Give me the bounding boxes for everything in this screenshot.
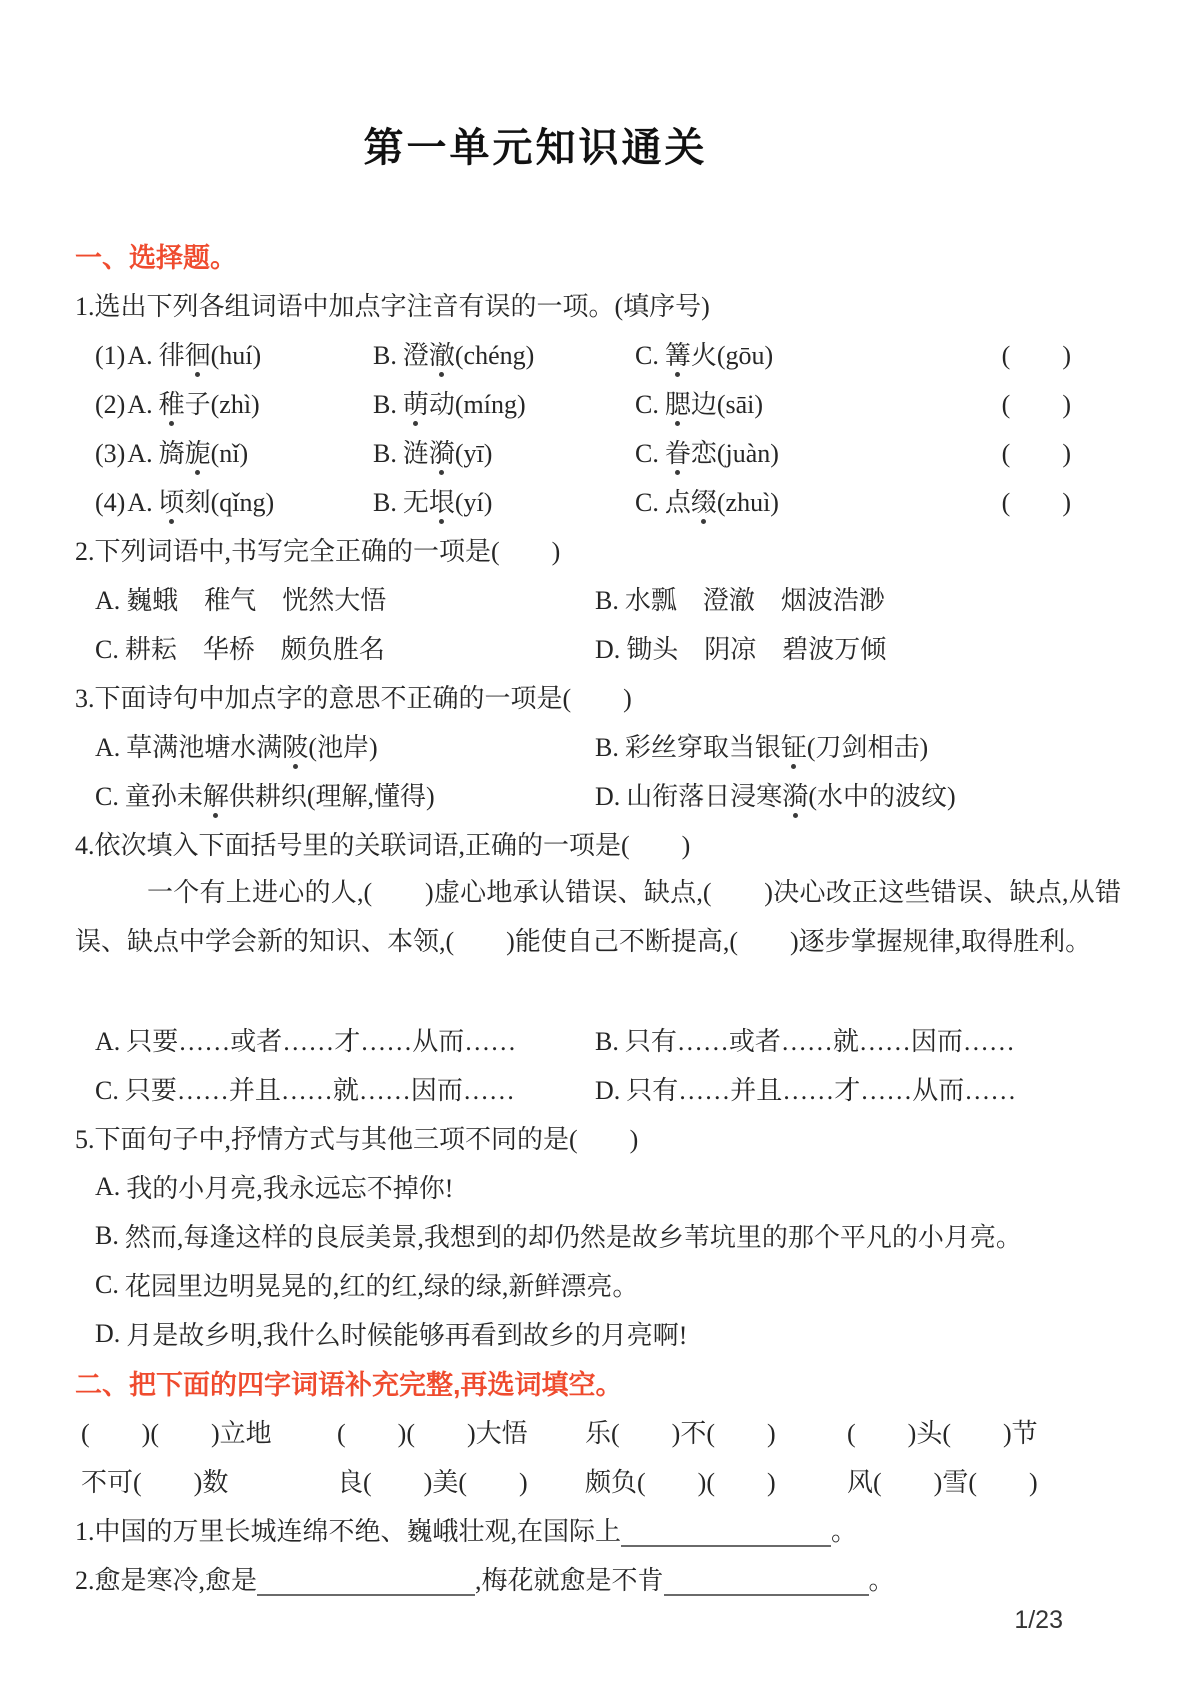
answer-bracket: ( )	[1002, 335, 1071, 372]
option-text: 火(gōu)	[691, 341, 773, 370]
q1-option-row: (1)A.徘徊(huí)B.澄澈(chéng)C.篝火(gōu)( )	[75, 329, 1121, 378]
fill-sentences: 1.中国的万里长城连绵不绝、巍峨壮观,在国际上。2.愈是寒冷,愈是,梅花就愈是不…	[75, 1505, 1121, 1603]
option-letter: C.	[635, 488, 659, 517]
option-text: 耕耘 华桥 颇负胜名	[125, 635, 385, 664]
option-text: (水中的波纹)	[808, 782, 955, 811]
fill-sentence: 2.愈是寒冷,愈是,梅花就愈是不肯。	[75, 1554, 1121, 1603]
q4-stem: 4.依次填入下面括号里的关联词语,正确的一项是( )	[75, 819, 1121, 868]
option-letter: A.	[95, 1172, 120, 1202]
q1-cell-a: (2)A.稚子(zhì)	[95, 384, 373, 421]
option-row: C.耕耘 华桥 颇负胜名D.锄头 阴凉 碧波万倾	[75, 623, 1121, 672]
option-row: C.只要……并且……就……因而……D.只有……并且……才……从而……	[75, 1064, 1121, 1113]
option-letter: A.	[127, 390, 152, 419]
option-cell: D.山衔落日浸寒漪(水中的波纹)	[595, 776, 1121, 813]
option-text: 彩丝穿取当银	[625, 733, 781, 762]
option-cell: B.水瓢 澄澈 烟波浩渺	[595, 580, 1121, 617]
option-cell: C.耕耘 华桥 颇负胜名	[95, 629, 595, 666]
option-text: (yí)	[455, 488, 493, 517]
q1-cell-b: B.涟漪(yī)	[373, 433, 635, 470]
option-letter: B.	[595, 733, 619, 762]
option-letter: B.	[373, 488, 397, 517]
option-text: 草满池塘水满	[126, 733, 282, 762]
option-row: C.花园里边明晃晃的,红的红,绿的绿,新鲜漂亮。	[75, 1260, 1121, 1309]
idiom-item: ( )头( )节	[847, 1413, 1121, 1450]
q1-stem: 1.选出下列各组词语中加点字注音有误的一项。(填序号)	[75, 280, 1121, 329]
q5-option-rows: A.我的小月亮,我永远忘不掉你!B.然而,每逢这样的良辰美景,我想到的却仍然是故…	[75, 1162, 1121, 1358]
dotted-char: 澈	[429, 341, 455, 370]
dotted-char: 稚	[159, 390, 185, 419]
q1-option-row: (3)A.旖旎(nǐ)B.涟漪(yī)C.眷恋(juàn)( )	[75, 427, 1121, 476]
page-number: 1/23	[1014, 1606, 1063, 1635]
group-number-label: (2)	[95, 390, 125, 419]
worksheet-content: 一、选择题。 1.选出下列各组词语中加点字注音有误的一项。(填序号) (1)A.…	[0, 231, 1191, 1603]
option-text: 旖	[159, 439, 185, 468]
option-row: A.草满池塘水满陂(池岸)B.彩丝穿取当银钲(刀剑相击)	[75, 721, 1121, 770]
option-text: 子(zhì)	[185, 390, 260, 419]
option-cell: B.只有……或者……就……因而……	[595, 1021, 1121, 1058]
answer-bracket: ( )	[1002, 433, 1071, 470]
option-letter: D.	[595, 782, 620, 811]
option-cell: C.只要……并且……就……因而……	[95, 1070, 595, 1107]
fill-sentence: 1.中国的万里长城连绵不绝、巍峨壮观,在国际上。	[75, 1505, 1121, 1554]
option-text: 然而,每逢这样的良辰美景,我想到的却仍然是故乡苇坑里的那个平凡的小月亮。	[125, 1217, 1022, 1254]
q3-option-rows: A.草满池塘水满陂(池岸)B.彩丝穿取当银钲(刀剑相击)C.童孙未解供耕织(理解…	[75, 721, 1121, 819]
option-letter: C.	[95, 782, 119, 811]
option-cell: B.彩丝穿取当银钲(刀剑相击)	[595, 727, 1121, 764]
sentence-text: 。	[831, 1511, 857, 1548]
q4-body-paragraph: 一个有上进心的人,( )虚心地承认错误、缺点,( )决心改正这些错误、缺点,从错…	[75, 868, 1121, 1015]
dotted-char: 旎	[185, 439, 211, 468]
option-letter: C.	[95, 635, 119, 664]
option-row: A.只要……或者……才……从而……B.只有……或者……就……因而……	[75, 1015, 1121, 1064]
option-text: 巍蛾 稚气 恍然大悟	[126, 586, 386, 615]
option-text: 涟	[403, 439, 429, 468]
q4-option-rows: A.只要……或者……才……从而……B.只有……或者……就……因而……C.只要………	[75, 1015, 1121, 1113]
dotted-char: 缀	[691, 488, 717, 517]
group-number-label: (1)	[95, 341, 125, 370]
option-text: 锄头 阴凉 碧波万倾	[626, 635, 886, 664]
q1-cell-b: B.澄澈(chéng)	[373, 335, 635, 372]
option-letter: A.	[127, 488, 152, 517]
section-two-heading: 二、把下面的四字词语补充完整,再选词填空。	[75, 1358, 1121, 1407]
sentence-text: ,梅花就愈是不肯	[475, 1560, 664, 1597]
dotted-char: 萌	[403, 390, 429, 419]
idiom-item: 良( )美( )	[337, 1462, 585, 1499]
option-letter: B.	[373, 390, 397, 419]
option-text: 水瓢 澄澈 烟波浩渺	[625, 586, 885, 615]
sentence-text: 。	[869, 1560, 895, 1597]
dotted-char: 徊	[185, 341, 211, 370]
option-row: A.我的小月亮,我永远忘不掉你!	[75, 1162, 1121, 1211]
option-cell: A.只要……或者……才……从而……	[95, 1021, 595, 1058]
q1-cell-c: C.腮边(sāi)	[635, 384, 1002, 421]
option-text: 山衔落日浸寒	[626, 782, 782, 811]
q3-stem: 3.下面诗句中加点字的意思不正确的一项是( )	[75, 672, 1121, 721]
sentence-text: 2.愈是寒冷,愈是	[75, 1560, 257, 1597]
q1-cell-a: (1)A.徘徊(huí)	[95, 335, 373, 372]
option-row: A.巍蛾 稚气 恍然大悟B.水瓢 澄澈 烟波浩渺	[75, 574, 1121, 623]
dotted-char: 钲	[781, 733, 807, 762]
option-cell: A.草满池塘水满陂(池岸)	[95, 727, 595, 764]
option-letter: B.	[595, 1027, 619, 1056]
option-text: 只要……或者……才……从而……	[126, 1027, 516, 1056]
q2-stem: 2.下列词语中,书写完全正确的一项是( )	[75, 525, 1121, 574]
group-number-label: (3)	[95, 439, 125, 468]
option-letter: A.	[95, 586, 120, 615]
option-text: 恋(juàn)	[691, 439, 779, 468]
dotted-char: 腮	[665, 390, 691, 419]
worksheet-page: 第一单元知识通关 一、选择题。 1.选出下列各组词语中加点字注音有误的一项。(填…	[0, 0, 1191, 1684]
option-letter: A.	[95, 1027, 120, 1056]
idiom-item: 乐( )不( )	[585, 1413, 847, 1450]
q1-cell-c: C.眷恋(juàn)	[635, 433, 1002, 470]
q5-stem: 5.下面句子中,抒情方式与其他三项不同的是( )	[75, 1113, 1121, 1162]
page-title: 第一单元知识通关	[0, 0, 1191, 173]
option-letter: D.	[595, 635, 620, 664]
option-letter: B.	[373, 341, 397, 370]
option-cell: A.巍蛾 稚气 恍然大悟	[95, 580, 595, 617]
option-text: (刀剑相击)	[807, 733, 928, 762]
q1-cell-a: (3)A.旖旎(nǐ)	[95, 433, 373, 470]
option-text: 澄	[403, 341, 429, 370]
option-letter: C.	[635, 341, 659, 370]
dotted-char: 陂	[282, 733, 308, 762]
option-letter: A.	[127, 341, 152, 370]
idiom-item: 风( )雪( )	[847, 1462, 1121, 1499]
option-text: 月是故乡明,我什么时候能够再看到故乡的月亮啊!	[126, 1315, 687, 1352]
q1-cell-c: C.篝火(gōu)	[635, 335, 1002, 372]
sentence-text: 1.中国的万里长城连绵不绝、巍峨壮观,在国际上	[75, 1511, 621, 1548]
option-cell: D.锄头 阴凉 碧波万倾	[595, 629, 1121, 666]
option-text: 花园里边明晃晃的,红的红,绿的绿,新鲜漂亮。	[125, 1266, 639, 1303]
option-row: C.童孙未解供耕织(理解,懂得)D.山衔落日浸寒漪(水中的波纹)	[75, 770, 1121, 819]
dotted-char: 眷	[665, 439, 691, 468]
option-text: (chéng)	[455, 341, 534, 370]
dotted-char: 垠	[429, 488, 455, 517]
q1-option-rows: (1)A.徘徊(huí)B.澄澈(chéng)C.篝火(gōu)( )(2)A.…	[75, 329, 1121, 525]
option-letter: D.	[95, 1319, 120, 1349]
option-text: 动(míng)	[429, 390, 526, 419]
idiom-item: ( )( )大悟	[337, 1413, 585, 1450]
option-text: 边(sāi)	[691, 390, 763, 419]
option-text: (yī)	[455, 439, 493, 468]
q1-cell-a: (4)A.顷刻(qǐng)	[95, 482, 373, 519]
dotted-char: 漪	[782, 782, 808, 811]
idiom-item: 不可( )数	[81, 1462, 337, 1499]
option-text: (zhuì)	[717, 488, 779, 517]
q1-option-row: (4)A.顷刻(qǐng)B.无垠(yí)C.点缀(zhuì)( )	[75, 476, 1121, 525]
option-letter: C.	[635, 390, 659, 419]
option-row: B.然而,每逢这样的良辰美景,我想到的却仍然是故乡苇坑里的那个平凡的小月亮。	[75, 1211, 1121, 1260]
answer-bracket: ( )	[1002, 482, 1071, 519]
option-text: 无	[403, 488, 429, 517]
option-text: 点	[665, 488, 691, 517]
idiom-item: ( )( )立地	[81, 1413, 337, 1450]
dotted-char: 顷	[159, 488, 185, 517]
option-text: 供耕织(理解,懂得)	[229, 782, 435, 811]
option-letter: A.	[95, 733, 120, 762]
option-cell: C.童孙未解供耕织(理解,懂得)	[95, 776, 595, 813]
option-text: 只有……并且……才……从而……	[626, 1076, 1016, 1105]
dotted-char: 篝	[665, 341, 691, 370]
option-letter: B.	[95, 1221, 119, 1251]
option-text: 我的小月亮,我永远忘不掉你!	[126, 1168, 453, 1205]
option-text: 刻(qǐng)	[185, 488, 275, 517]
answer-bracket: ( )	[1002, 384, 1071, 421]
q1-cell-b: B.萌动(míng)	[373, 384, 635, 421]
option-text: 徘	[159, 341, 185, 370]
option-letter: C.	[95, 1270, 119, 1300]
option-letter: D.	[595, 1076, 620, 1105]
blank-line	[257, 1564, 475, 1596]
option-text: 童孙未	[125, 782, 203, 811]
option-row: D.月是故乡明,我什么时候能够再看到故乡的月亮啊!	[75, 1309, 1121, 1358]
option-letter: B.	[373, 439, 397, 468]
option-text: (huí)	[211, 341, 262, 370]
idiom-row: ( )( )立地( )( )大悟乐( )不( )( )头( )节	[75, 1407, 1121, 1456]
option-letter: C.	[95, 1076, 119, 1105]
dotted-char: 解	[203, 782, 229, 811]
q1-option-row: (2)A.稚子(zhì)B.萌动(míng)C.腮边(sāi)( )	[75, 378, 1121, 427]
option-text: (池岸)	[308, 733, 377, 762]
blank-line	[621, 1515, 831, 1547]
option-letter: A.	[127, 439, 152, 468]
q2-option-rows: A.巍蛾 稚气 恍然大悟B.水瓢 澄澈 烟波浩渺C.耕耘 华桥 颇负胜名D.锄头…	[75, 574, 1121, 672]
q1-cell-b: B.无垠(yí)	[373, 482, 635, 519]
blank-line	[664, 1564, 869, 1596]
idiom-fill-rows: ( )( )立地( )( )大悟乐( )不( )( )头( )节不可( )数良(…	[75, 1407, 1121, 1505]
option-letter: C.	[635, 439, 659, 468]
section-one-heading: 一、选择题。	[75, 231, 1121, 280]
option-text: 只要……并且……就……因而……	[125, 1076, 515, 1105]
option-cell: D.只有……并且……才……从而……	[595, 1070, 1121, 1107]
idiom-row: 不可( )数良( )美( )颇负( )( )风( )雪( )	[75, 1456, 1121, 1505]
option-text: (nǐ)	[211, 439, 249, 468]
idiom-item: 颇负( )( )	[585, 1462, 847, 1499]
dotted-char: 漪	[429, 439, 455, 468]
group-number-label: (4)	[95, 488, 125, 517]
q1-cell-c: C.点缀(zhuì)	[635, 482, 1002, 519]
option-text: 只有……或者……就……因而……	[625, 1027, 1015, 1056]
option-letter: B.	[595, 586, 619, 615]
